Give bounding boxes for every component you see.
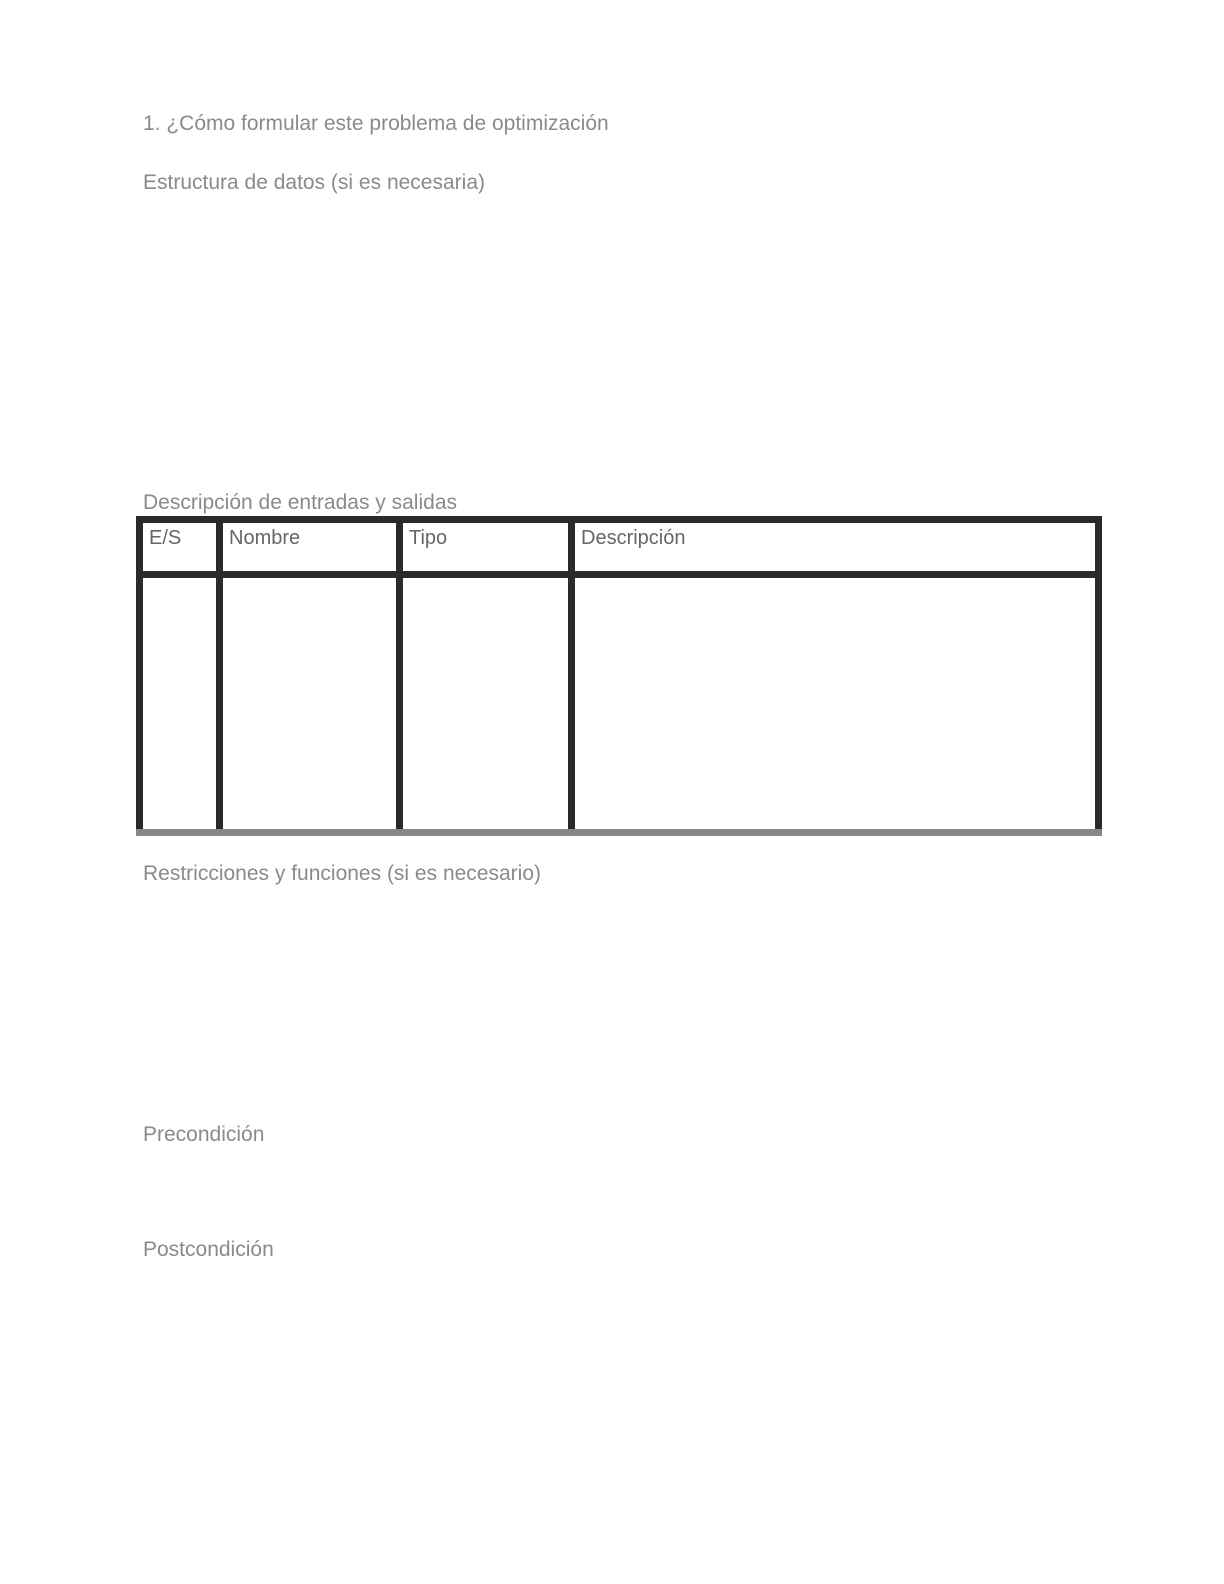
section-postcondition: Postcondición [143,1237,274,1263]
header-description: Descripción [572,520,1099,575]
header-type: Tipo [400,520,572,575]
cell-name[interactable] [220,575,400,833]
section-precondition: Precondición [143,1122,264,1148]
section-data-structure: Estructura de datos (si es necesaria) [143,170,485,196]
section-constraints: Restricciones y funciones (si es necesar… [143,861,541,887]
io-table: E/S Nombre Tipo Descripción [136,516,1102,836]
section-io-description: Descripción de entradas y salidas [143,490,457,516]
document-heading: 1. ¿Cómo formular este problema de optim… [143,111,609,137]
table-row [140,575,1099,833]
cell-type[interactable] [400,575,572,833]
header-name: Nombre [220,520,400,575]
cell-es[interactable] [140,575,220,833]
header-es: E/S [140,520,220,575]
io-table-header-row: E/S Nombre Tipo Descripción [140,520,1099,575]
cell-description[interactable] [572,575,1099,833]
